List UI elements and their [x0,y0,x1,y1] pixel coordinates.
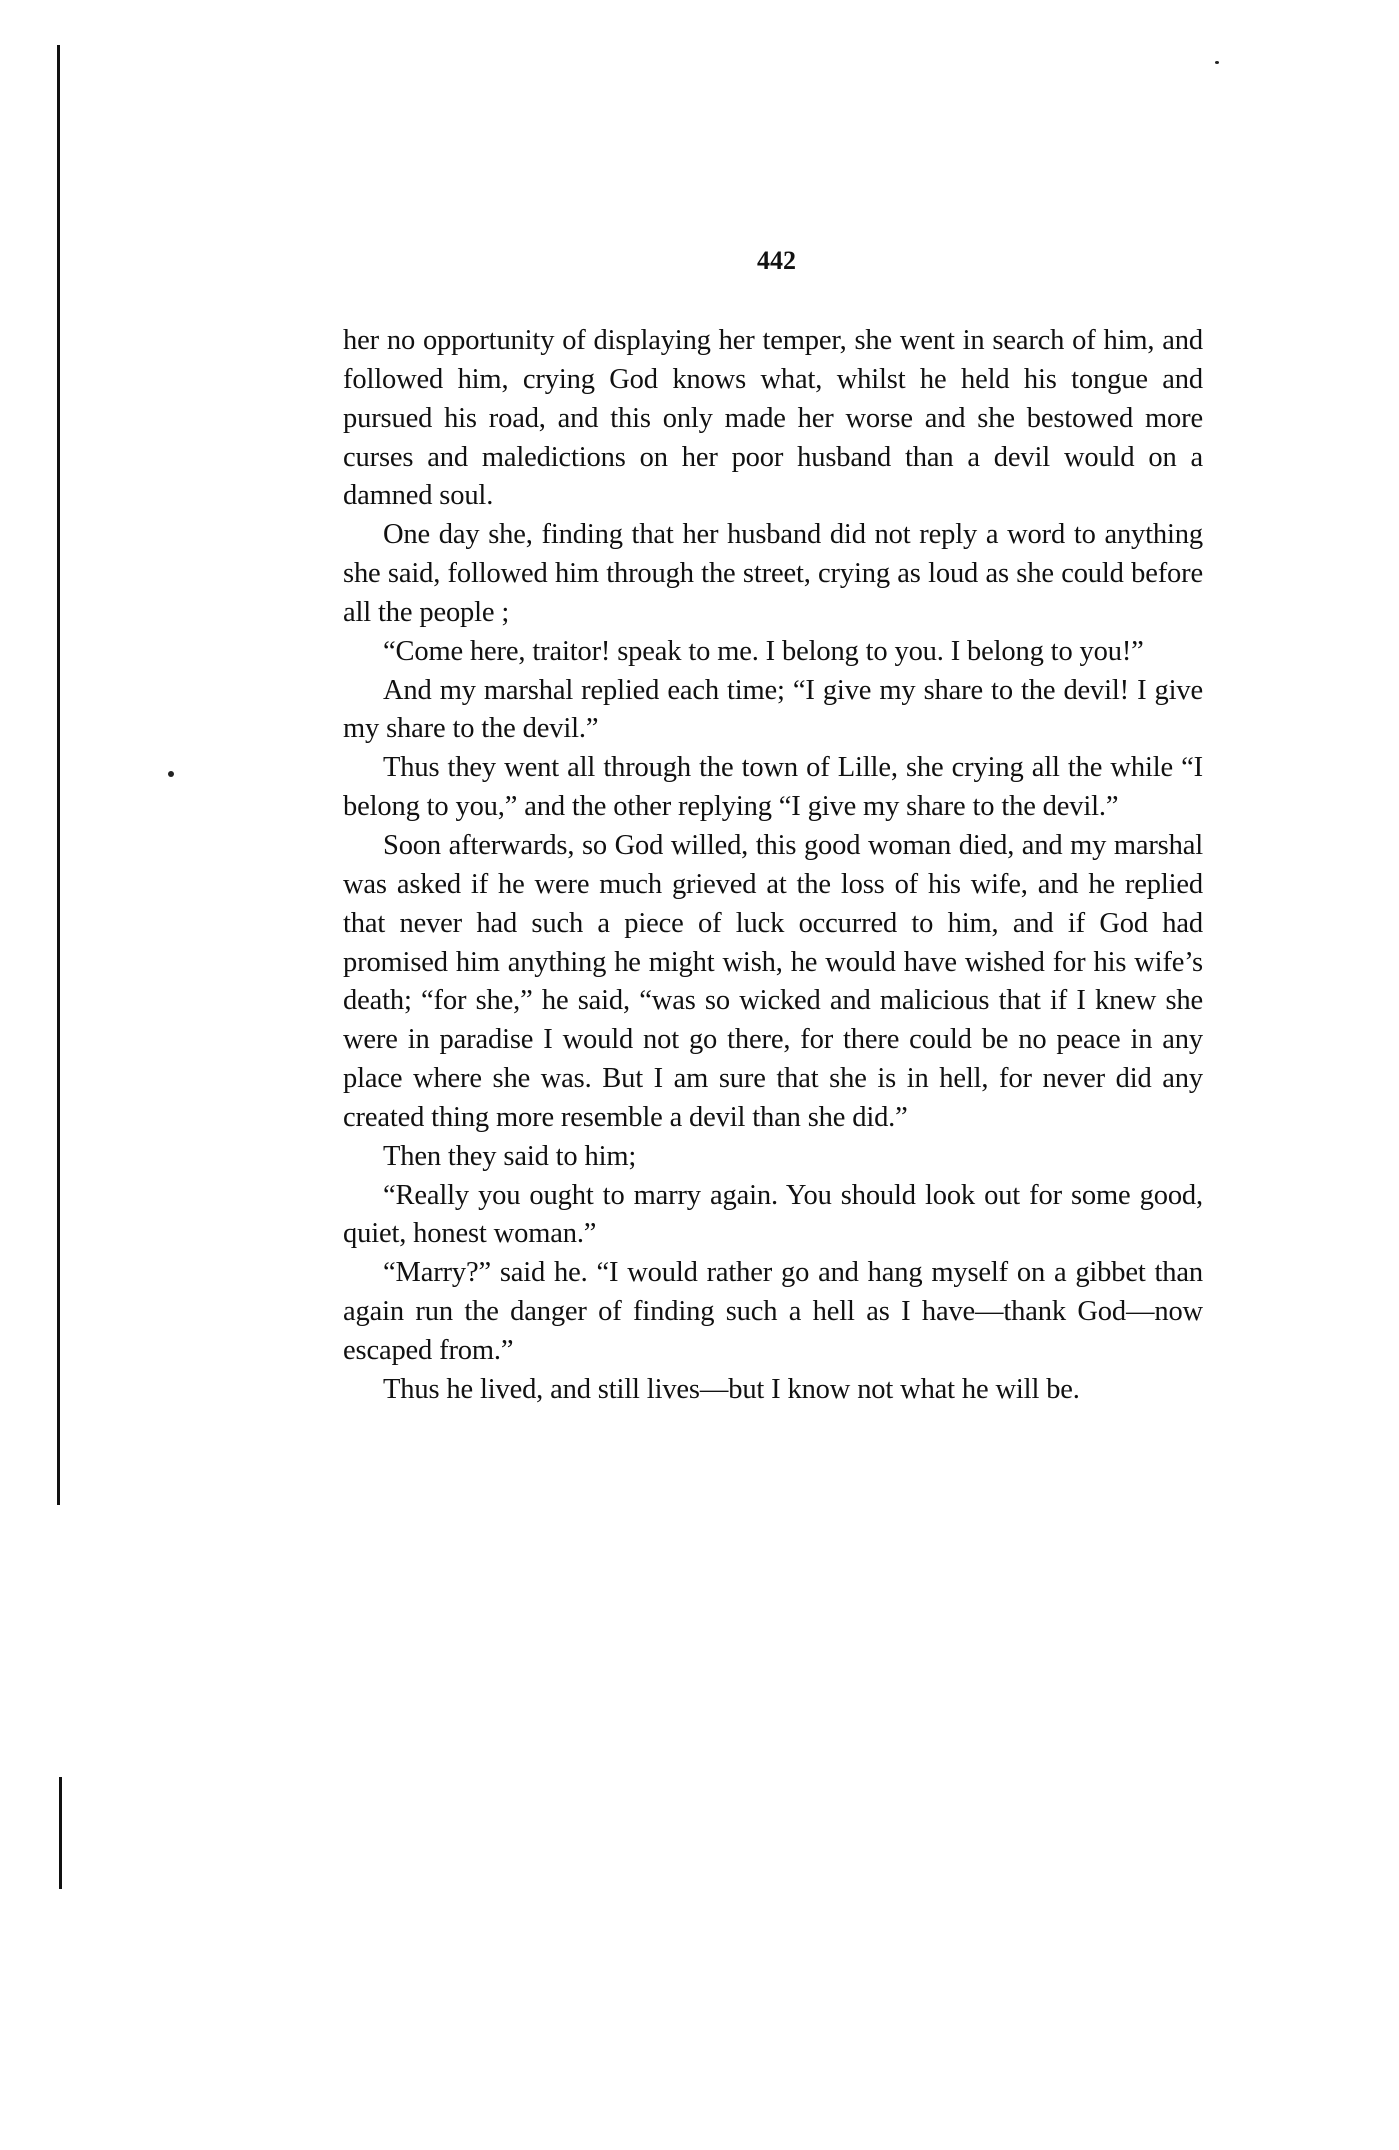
page-binding-edge-line-lower [59,1777,62,1889]
paragraph: And my marshal replied each time; “I giv… [343,672,1203,750]
page-number: 442 [0,246,1399,276]
paragraph: “Really you ought to marry again. You sh… [343,1177,1203,1255]
scan-speck [168,771,174,777]
paragraph: “Come here, traitor! speak to me. I belo… [343,633,1203,672]
paragraph: Soon afterwards, so God willed, this goo… [343,827,1203,1138]
paragraph: Then they said to him; [343,1138,1203,1177]
paragraph: One day she, finding that her husband di… [343,516,1203,633]
page-body-text: her no opportunity of displaying her tem… [343,322,1203,1410]
paragraph: Thus he lived, and still lives—but I kno… [343,1371,1203,1410]
paragraph: her no opportunity of displaying her tem… [343,322,1203,516]
paragraph: Thus they went all through the town of L… [343,749,1203,827]
scan-speck [1215,61,1219,64]
paragraph: “Marry?” said he. “I would rather go and… [343,1254,1203,1371]
